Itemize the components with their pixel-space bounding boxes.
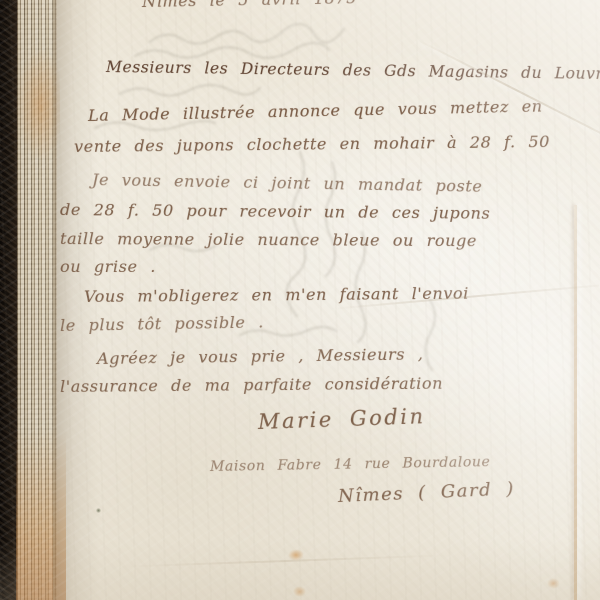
- body-line-8: le plus tôt possible .: [60, 312, 264, 335]
- body-line-7: Vous m'obligerez en m'en faisant l'envoi: [84, 284, 469, 306]
- body-line-6: ou grise .: [60, 257, 156, 276]
- body-line-4: de 28 f. 50 pour recevoir un de ces jupo…: [60, 200, 490, 223]
- body-line-5: taille moyenne jolie nuance bleue ou rou…: [60, 229, 477, 250]
- stacked-page-edges: [17, 0, 57, 600]
- book-spine: [0, 0, 17, 600]
- book-page-photo: Nîmes le 5 avril 1875 Messieurs les Dire…: [0, 0, 600, 600]
- body-line-10: l'assurance de ma parfaite considération: [60, 374, 443, 396]
